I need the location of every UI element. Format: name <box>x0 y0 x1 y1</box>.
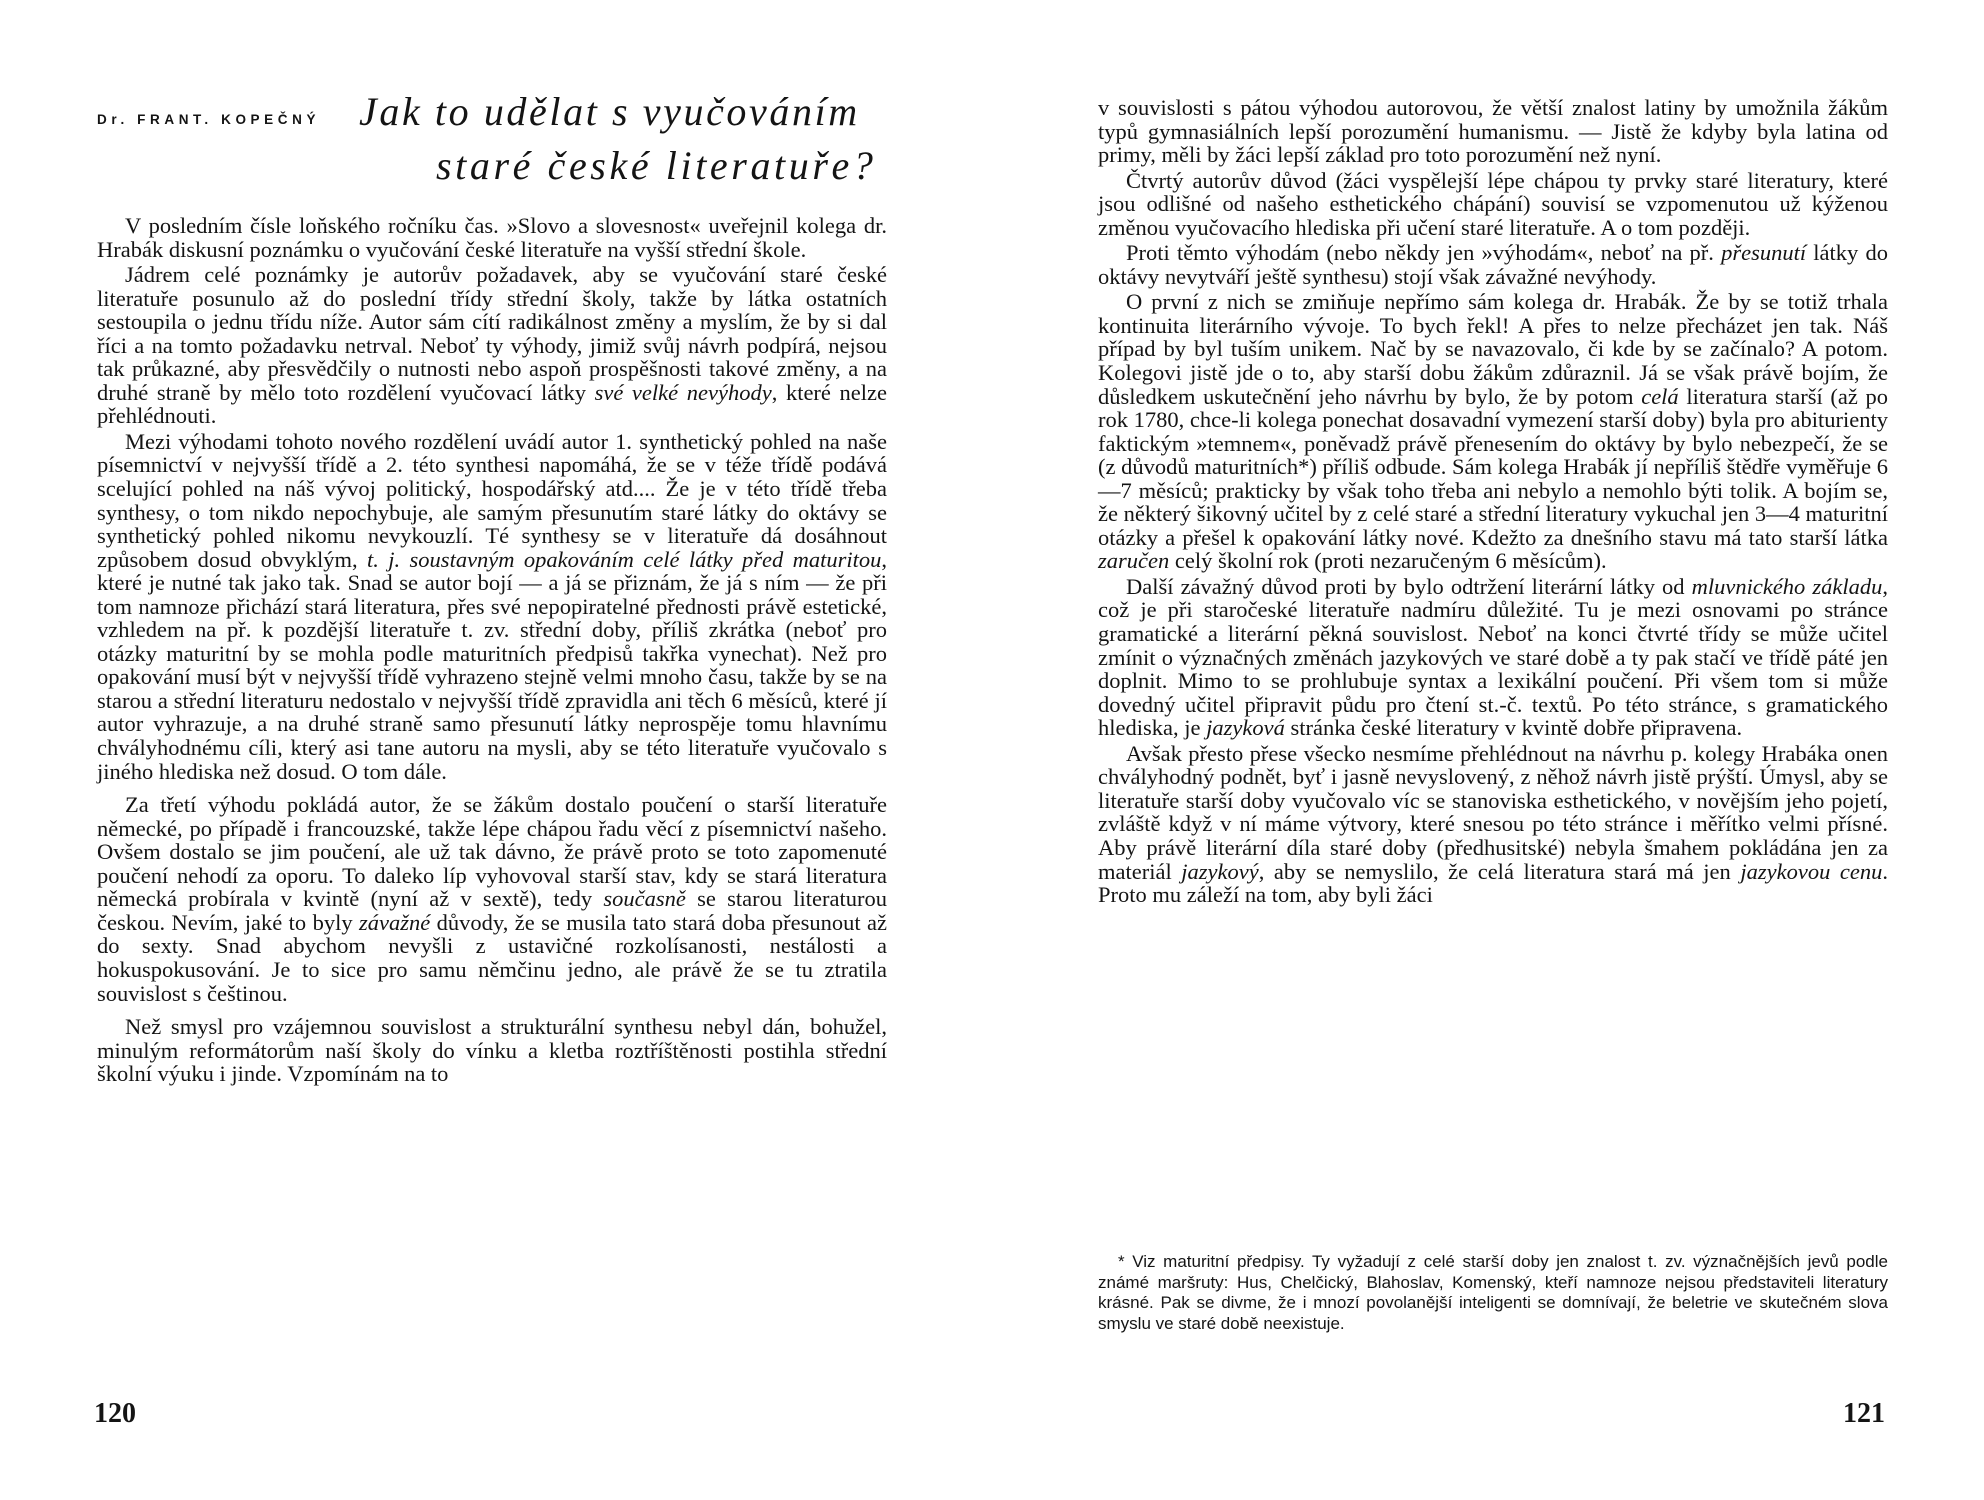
article-title-line-1: Jak to udělat s vyučováním <box>359 88 860 135</box>
text-run: V posledním čísle loňského ročníku čas. … <box>97 213 887 262</box>
paragraph: Mezi výhodami tohoto nového rozdělení uv… <box>97 430 887 783</box>
paragraph: Další závažný důvod proti by bylo odtrže… <box>1098 575 1888 740</box>
paragraph: O první z nich se zmiňuje nepřímo sám ko… <box>1098 290 1888 573</box>
text-run: Čtvrtý autorův důvod (žáci vyspělejší lé… <box>1098 168 1888 240</box>
text-run: Proti těmto výhodám (nebo někdy jen »výh… <box>1126 240 1721 265</box>
emphasis-text: zaručen <box>1098 548 1169 573</box>
emphasis-text: mluvnického základu <box>1692 574 1883 599</box>
right-body-text: v souvislosti s pátou výhodou autorovou,… <box>1098 96 1888 907</box>
footnote: * Viz maturitní předpisy. Ty vyžadují z … <box>1098 1252 1888 1334</box>
emphasis-text: současně <box>603 886 686 911</box>
text-run: Než smysl pro vzájemnou souvislost a str… <box>97 1014 887 1086</box>
footnote-text: * Viz maturitní předpisy. Ty vyžadují z … <box>1098 1252 1888 1334</box>
article-header: Dr. FRANT. KOPEČNÝ Jak to udělat s vyučo… <box>97 88 887 188</box>
paragraph: V posledním čísle loňského ročníku čas. … <box>97 214 887 261</box>
emphasis-text: jazykový <box>1181 859 1258 884</box>
emphasis-text: jazykovou cenu <box>1740 859 1882 884</box>
paragraph: v souvislosti s pátou výhodou autorovou,… <box>1098 96 1888 167</box>
left-body-text: V posledním čísle loňského ročníku čas. … <box>97 214 887 1086</box>
emphasis-text: závažné <box>359 910 430 935</box>
text-run: stránka české literatury v kvintě dobře … <box>1285 715 1742 740</box>
page-number-left: 120 <box>94 1398 136 1430</box>
emphasis-text: přesunutí <box>1721 240 1806 265</box>
article-title-line-2: staré české literatuře? <box>436 142 876 189</box>
emphasis-text: celá <box>1641 384 1678 409</box>
paragraph: Než smysl pro vzájemnou souvislost a str… <box>97 1015 887 1086</box>
paragraph: Proti těmto výhodám (nebo někdy jen »výh… <box>1098 241 1888 288</box>
emphasis-text: své velké nevýhody <box>595 380 772 405</box>
text-run: Další závažný důvod proti by bylo odtrže… <box>1126 574 1692 599</box>
paragraph: Jádrem celé poznámky je autorův požadave… <box>97 263 887 428</box>
text-run: , které je nutné tak jako tak. Snad se a… <box>97 547 887 784</box>
paragraph: Čtvrtý autorův důvod (žáci vyspělejší lé… <box>1098 169 1888 240</box>
text-run: v souvislosti s pátou výhodou autorovou,… <box>1098 95 1888 167</box>
text-run: literatura starší (až po rok 1780, chce-… <box>1098 384 1888 550</box>
text-run: , aby se nemyslilo, že celá literatura s… <box>1259 859 1741 884</box>
emphasis-text: jazyková <box>1206 715 1285 740</box>
page-number-right: 121 <box>1843 1398 1885 1430</box>
paragraph: Avšak přesto přese všecko nesmíme přehlé… <box>1098 742 1888 907</box>
emphasis-text: t. j. soustavným opakováním celé látky p… <box>367 547 881 572</box>
text-run: celý školní rok (proti nezaručeným 6 měs… <box>1169 548 1606 573</box>
author-name: Dr. FRANT. KOPEČNÝ <box>97 112 320 127</box>
paragraph: Za třetí výhodu pokládá autor, že se žák… <box>97 793 887 1005</box>
